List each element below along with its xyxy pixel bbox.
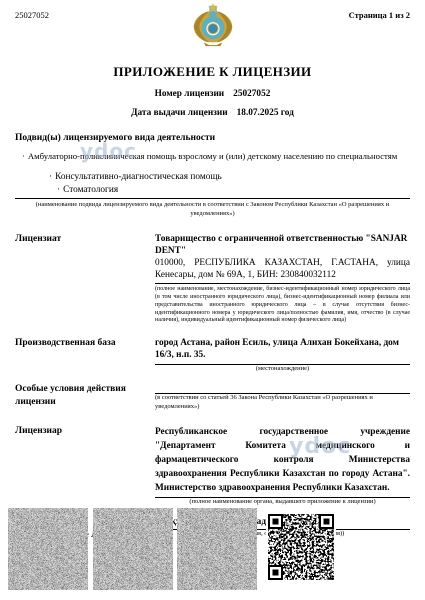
special-conditions-label: Особые условия действия лицензии — [15, 383, 145, 412]
special-conditions-caption: (в соответствии со статьей 36 Закона Рес… — [155, 394, 410, 412]
licensor-section: Лицензиар Республиканское государственно… — [15, 425, 410, 507]
subtype-item: Консультативно-диагностическая помощь — [49, 172, 410, 182]
noise-stamp-left — [8, 508, 88, 590]
qr-finder-top-left — [268, 514, 283, 529]
license-date-label: Дата выдачи лицензии — [131, 108, 228, 118]
license-annex-page: 25027052 Страница 1 из 2 ПРИЛОЖЕНИЕ К ЛИ… — [0, 0, 425, 600]
divider-line — [15, 198, 410, 199]
license-date-value: 18.07.2025 год — [237, 108, 294, 118]
qr-finder-top-right — [319, 514, 334, 529]
license-number-value: 25027052 — [233, 89, 270, 99]
noise-stamp-center — [93, 508, 173, 590]
licensee-name: Товарищество с ограниченной ответственно… — [155, 233, 410, 257]
subtype-item: Стоматология — [57, 185, 410, 195]
page-title: ПРИЛОЖЕНИЕ К ЛИЦЕНЗИИ — [15, 64, 410, 80]
licensor-label: Лицензиар — [15, 425, 145, 507]
document-number: 25027052 — [15, 10, 49, 20]
licensee-address: 010000, РЕСПУБЛИКА КАЗАХСТАН, Г.АСТАНА, … — [155, 257, 410, 281]
subtypes-caption: (наименование подвида лицензируемого вид… — [15, 201, 410, 219]
divider-line — [155, 283, 410, 284]
license-date-line: Дата выдачи лицензии 18.07.2025 год — [15, 108, 410, 118]
production-base-value: город Астана, район Есиль, улица Алихан … — [155, 337, 410, 361]
page-indicator: Страница 1 из 2 — [349, 10, 410, 20]
licensee-label: Лицензиат — [15, 233, 145, 326]
license-number-line: Номер лицензии 25027052 — [15, 89, 410, 99]
subtype-item: Амбулаторно-поликлиническая помощь взрос… — [22, 151, 410, 161]
licensor-value: Республиканское государственное учрежден… — [155, 425, 410, 496]
licensor-caption: (полное наименование органа, выдавшего п… — [155, 498, 410, 507]
kazakhstan-coat-of-arms-icon — [191, 2, 235, 53]
qr-finder-bottom-left — [268, 565, 283, 580]
licensee-caption: (полное наименование, местонахождение, б… — [155, 286, 410, 326]
subtypes-section-label: Подвид(ы) лицензируемого вида деятельнос… — [15, 133, 410, 143]
licensee-section: Лицензиат Товарищество с ограниченной от… — [15, 233, 410, 326]
special-conditions-section: Особые условия действия лицензии (в соот… — [15, 383, 410, 412]
noise-stamp-right — [177, 508, 257, 590]
production-base-label: Производственная база — [15, 337, 145, 373]
qr-code — [266, 512, 336, 582]
license-number-label: Номер лицензии — [155, 89, 225, 99]
page-header: 25027052 Страница 1 из 2 — [0, 0, 425, 50]
production-base-section: Производственная база город Астана, райо… — [15, 337, 410, 373]
production-base-caption: (местонахождение) — [155, 365, 410, 374]
